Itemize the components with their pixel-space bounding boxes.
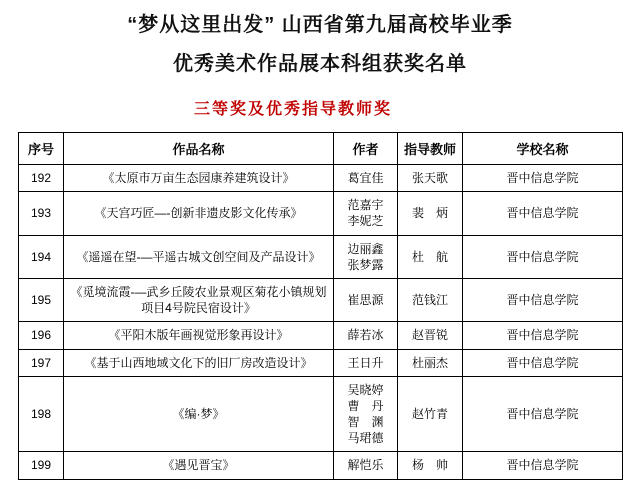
cell-work: 《天宫巧匠—-创新非遗皮影文化传承》: [64, 192, 334, 235]
author-name: 智 渊: [336, 414, 395, 430]
col-header-author: 作者: [334, 133, 398, 165]
col-header-no: 序号: [19, 133, 64, 165]
author-name: 马珺德: [336, 430, 395, 446]
author-name: 吴晓婷: [336, 382, 395, 398]
author-name: 崔思源: [336, 292, 395, 308]
awards-table-body: 192 《太原市万亩生态园康养建筑设计》 葛宜佳 张天歌 晋中信息学院 193 …: [19, 165, 623, 480]
cell-school: 晋中信息学院: [463, 235, 623, 278]
cell-no: 199: [19, 452, 64, 479]
table-row: 194 《遥遥在望-—平遥古城文创空间及产品设计》 边丽鑫张梦露 杜 航 晋中信…: [19, 235, 623, 278]
cell-authors: 葛宜佳: [334, 165, 398, 192]
cell-advisor: 杜丽杰: [398, 349, 463, 376]
cell-school: 晋中信息学院: [463, 192, 623, 235]
author-name: 葛宜佳: [336, 170, 395, 186]
table-row: 198 《编·梦》 吴晓婷曹 丹智 渊马珺德 赵竹青 晋中信息学院: [19, 376, 623, 452]
cell-no: 198: [19, 376, 64, 452]
cell-no: 197: [19, 349, 64, 376]
cell-school: 晋中信息学院: [463, 376, 623, 452]
cell-work: 《平阳木版年画视觉形象再设计》: [64, 322, 334, 349]
cell-advisor: 范钱江: [398, 278, 463, 321]
cell-advisor: 裴 炳: [398, 192, 463, 235]
cell-authors: 崔思源: [334, 278, 398, 321]
author-name: 李妮芝: [336, 213, 395, 229]
awards-table: 序号 作品名称 作者 指导教师 学校名称 192 《太原市万亩生态园康养建筑设计…: [18, 132, 623, 480]
author-name: 薛若冰: [336, 327, 395, 343]
cell-authors: 解恺乐: [334, 452, 398, 479]
cell-advisor: 赵晋锐: [398, 322, 463, 349]
document-title-line1: “梦从这里出发” 山西省第九届高校毕业季: [0, 12, 640, 38]
cell-school: 晋中信息学院: [463, 165, 623, 192]
cell-no: 194: [19, 235, 64, 278]
col-header-work: 作品名称: [64, 133, 334, 165]
table-header-row: 序号 作品名称 作者 指导教师 学校名称: [19, 133, 623, 165]
cell-authors: 范嘉宇李妮芝: [334, 192, 398, 235]
col-header-school: 学校名称: [463, 133, 623, 165]
cell-advisor: 杨 帅: [398, 452, 463, 479]
cell-no: 195: [19, 278, 64, 321]
author-name: 王日升: [336, 355, 395, 371]
author-name: 张梦露: [336, 257, 395, 273]
cell-work: 《遥遥在望-—平遥古城文创空间及产品设计》: [64, 235, 334, 278]
cell-no: 196: [19, 322, 64, 349]
cell-no: 192: [19, 165, 64, 192]
cell-school: 晋中信息学院: [463, 278, 623, 321]
table-row: 192 《太原市万亩生态园康养建筑设计》 葛宜佳 张天歌 晋中信息学院: [19, 165, 623, 192]
table-row: 197 《基于山西地域文化下的旧厂房改造设计》 王日升 杜丽杰 晋中信息学院: [19, 349, 623, 376]
cell-authors: 薛若冰: [334, 322, 398, 349]
table-row: 196 《平阳木版年画视觉形象再设计》 薛若冰 赵晋锐 晋中信息学院: [19, 322, 623, 349]
cell-authors: 吴晓婷曹 丹智 渊马珺德: [334, 376, 398, 452]
cell-advisor: 杜 航: [398, 235, 463, 278]
document-page: “梦从这里出发” 山西省第九届高校毕业季 优秀美术作品展本科组获奖名单 三等奖及…: [0, 0, 640, 489]
cell-no: 193: [19, 192, 64, 235]
cell-work: 《太原市万亩生态园康养建筑设计》: [64, 165, 334, 192]
document-title-line2: 优秀美术作品展本科组获奖名单: [0, 51, 640, 77]
author-name: 边丽鑫: [336, 241, 395, 257]
col-header-advisor: 指导教师: [398, 133, 463, 165]
table-row: 199 《遇见晋宝》 解恺乐 杨 帅 晋中信息学院: [19, 452, 623, 479]
table-row: 193 《天宫巧匠—-创新非遗皮影文化传承》 范嘉宇李妮芝 裴 炳 晋中信息学院: [19, 192, 623, 235]
cell-school: 晋中信息学院: [463, 349, 623, 376]
cell-work: 《遇见晋宝》: [64, 452, 334, 479]
cell-authors: 王日升: [334, 349, 398, 376]
table-row: 195 《觅境流霞-—武乡丘陵农业景观区菊花小镇规划项目4号院民宿设计》 崔思源…: [19, 278, 623, 321]
cell-advisor: 张天歌: [398, 165, 463, 192]
cell-work: 《觅境流霞-—武乡丘陵农业景观区菊花小镇规划项目4号院民宿设计》: [64, 278, 334, 321]
cell-advisor: 赵竹青: [398, 376, 463, 452]
author-name: 解恺乐: [336, 457, 395, 473]
cell-authors: 边丽鑫张梦露: [334, 235, 398, 278]
cell-school: 晋中信息学院: [463, 322, 623, 349]
cell-school: 晋中信息学院: [463, 452, 623, 479]
author-name: 范嘉宇: [336, 197, 395, 213]
author-name: 曹 丹: [336, 398, 395, 414]
cell-work: 《编·梦》: [64, 376, 334, 452]
cell-work: 《基于山西地域文化下的旧厂房改造设计》: [64, 349, 334, 376]
section-subtitle: 三等奖及优秀指导教师奖: [0, 96, 640, 119]
